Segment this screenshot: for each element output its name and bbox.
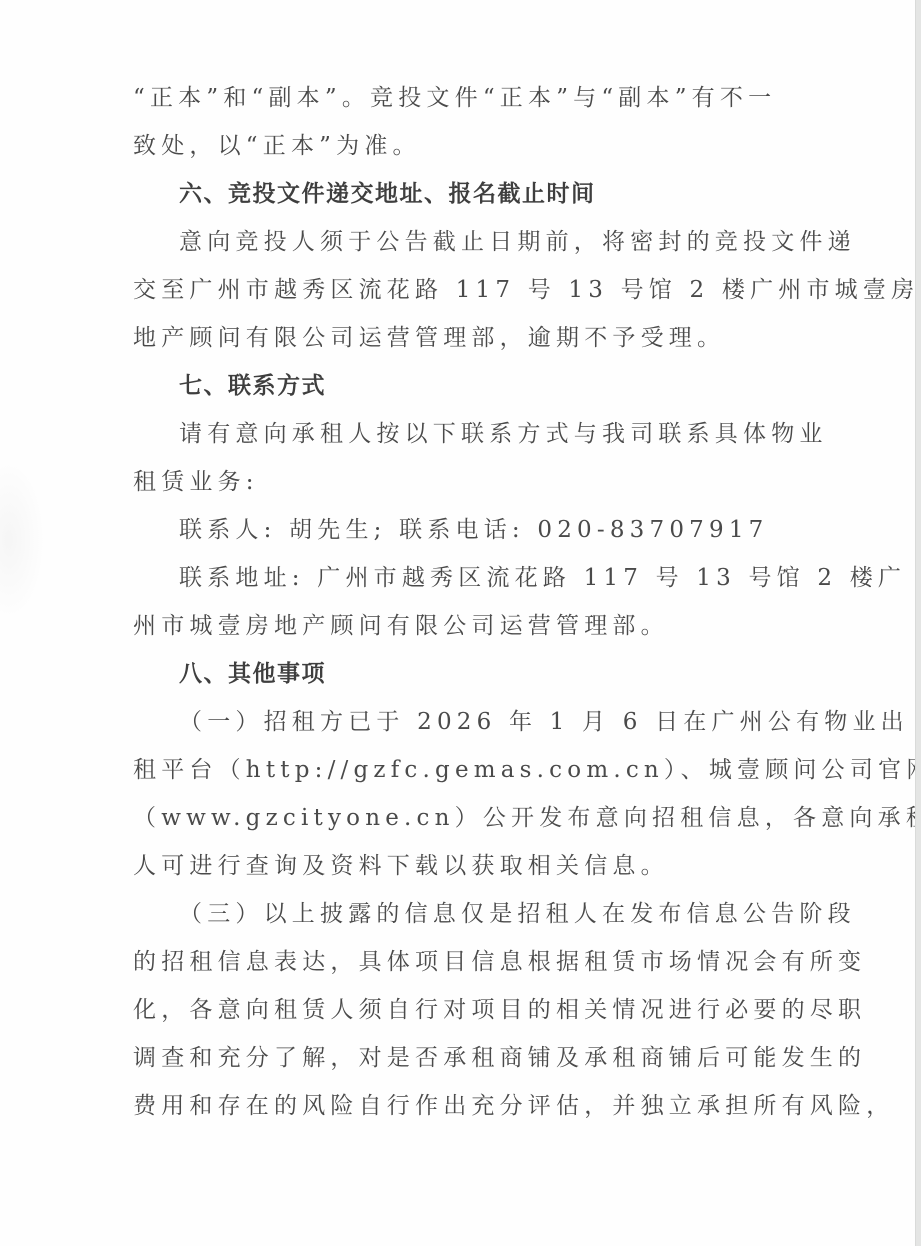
page-edge [915, 0, 921, 1246]
text-line: 费用和存在的风险自行作出充分评估，并独立承担所有风险， [133, 1084, 783, 1132]
section-heading-contact: 七、联系方式 [133, 364, 783, 412]
text-line: 的招租信息表达，具体项目信息根据租赁市场情况会有所变 [133, 940, 783, 988]
text-line: （三）以上披露的信息仅是招租人在发布信息公告阶段 [133, 892, 783, 940]
text-line: 地产顾问有限公司运营管理部，逾期不予受理。 [133, 316, 783, 364]
document-page: “正本”和“副本”。竞投文件“正本”与“副本”有不一 致处，以“正本”为准。 六… [0, 0, 916, 1246]
section-heading-submission: 六、竞投文件递交地址、报名截止时间 [133, 172, 783, 220]
text-line: 州市城壹房地产顾问有限公司运营管理部。 [133, 604, 783, 652]
text-line: 致处，以“正本”为准。 [133, 124, 783, 172]
scan-smudge [0, 460, 45, 620]
text-line: 租赁业务: [133, 460, 783, 508]
text-line: 人可进行查询及资料下载以获取相关信息。 [133, 844, 783, 892]
text-line: 化，各意向租赁人须自行对项目的相关情况进行必要的尽职 [133, 988, 783, 1036]
text-line: 意向竞投人须于公告截止日期前，将密封的竞投文件递 [133, 220, 783, 268]
text-line: 请有意向承租人按以下联系方式与我司联系具体物业 [133, 412, 783, 460]
text-line: 租平台（http://gzfc.gemas.com.cn）、城壹顾问公司官网 [133, 748, 783, 796]
section-heading-other: 八、其他事项 [133, 652, 783, 700]
text-line: “正本”和“副本”。竞投文件“正本”与“副本”有不一 [133, 76, 783, 124]
text-line: 交至广州市越秀区流花路 117 号 13 号馆 2 楼广州市城壹房 [133, 268, 783, 316]
document-body: “正本”和“副本”。竞投文件“正本”与“副本”有不一 致处，以“正本”为准。 六… [133, 76, 783, 1132]
text-line: （一）招租方已于 2026 年 1 月 6 日在广州公有物业出 [133, 700, 783, 748]
text-line: 调查和充分了解，对是否承租商铺及承租商铺后可能发生的 [133, 1036, 783, 1084]
contact-person-line: 联系人: 胡先生; 联系电话: 020-83707917 [133, 508, 783, 556]
contact-address-line: 联系地址: 广州市越秀区流花路 117 号 13 号馆 2 楼广 [133, 556, 783, 604]
text-line: （www.gzcityone.cn）公开发布意向招租信息，各意向承租 [133, 796, 783, 844]
